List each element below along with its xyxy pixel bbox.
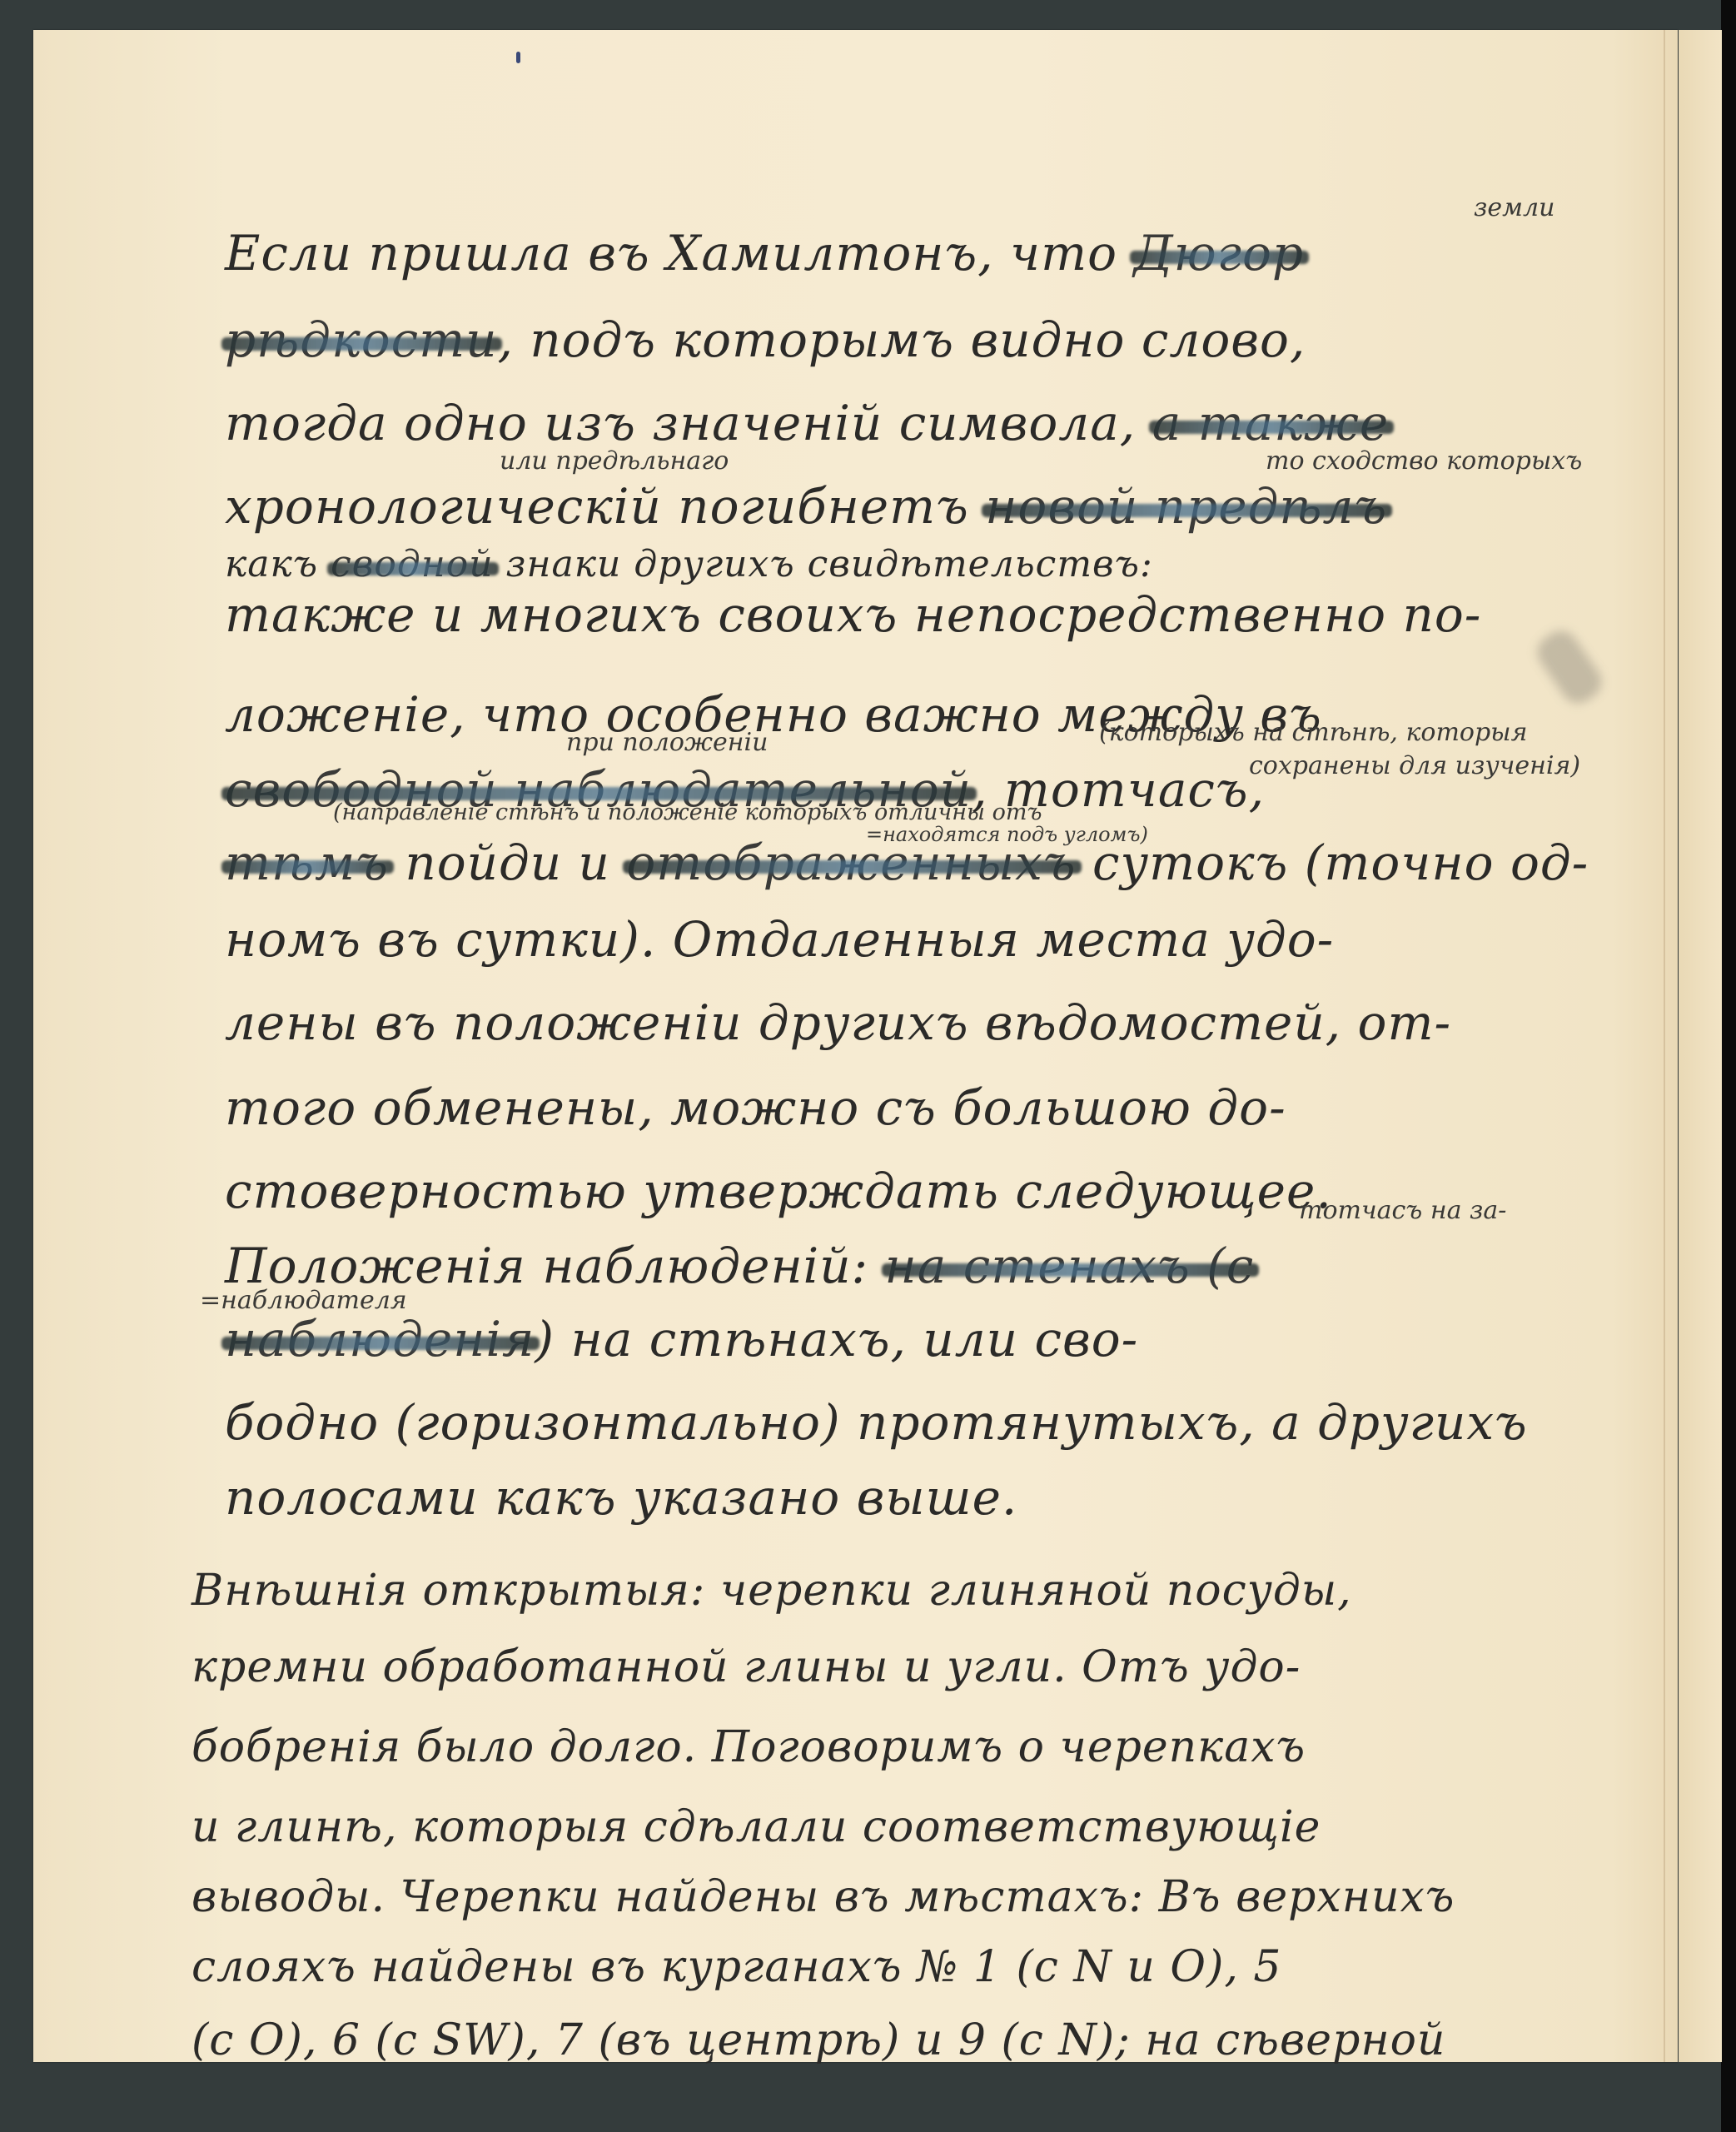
strikethrough: Дюгор [1133,227,1304,280]
text-line-19: кремни обработанной глины и угли. Отъ уд… [192,1641,1586,1694]
text-line-12: того обменены, можно съ большою до- [225,1081,1586,1134]
manuscript-page: Если пришла въ Хамилтонъ, что Дюгор земл… [33,30,1678,2062]
text-line-24: (с O), 6 (с SW), 7 (въ центрѣ) и 9 (с N)… [192,2014,1586,2067]
text-line-15: наблюденiя) на стѣнахъ, или сво- [225,1313,1586,1366]
text-line-14: Положенiя наблюденiй: на стенахъ (с [225,1239,1586,1293]
scanner-edge-strip [1721,0,1736,2132]
text-line-11: лены въ положенiи другихъ вѣдомостей, от… [225,996,1586,1049]
text-line-18: Внѣшнiя открытыя: черепки глиняной посуд… [192,1564,1586,1617]
insertion: тотчасъ на за- [1299,1196,1506,1225]
text-line-20: бобренiя было долго. Поговоримъ о черепк… [192,1721,1586,1774]
text-line-5: какъ сводной знаки другихъ свидѣтельствъ… [225,538,1586,591]
text-line-4: хронологическiй погибнетъ новой предѣлъ [225,480,1586,533]
insertion: или предѣльнаго [500,446,729,476]
strikethrough: наблюденiя [225,1313,535,1366]
adjacent-page-edge [1679,30,1722,2062]
strikethrough: рѣдкости [225,313,497,366]
strikethrough: на стенахъ (с [885,1239,1255,1293]
insertion: (которыхъ на стѣнѣ, которыя [1099,718,1527,747]
text-line-6: также и многихъ своихъ непосредственно п… [225,588,1586,641]
text-line-23: слояхъ найдены въ курганахъ № 1 (с N и O… [192,1940,1586,1994]
insertion: (направленiе стѣнъ и положенiе которыхъ … [333,799,1042,825]
text-line-9: тѣмъ пойди и отображенныхъ сутокъ (точно… [225,836,1586,889]
strikethrough: новой предѣлъ [985,480,1387,533]
strikethrough: сводной [331,538,493,591]
text-line-17: полосами какъ указано выше. [225,1471,1586,1524]
strikethrough: отображенныхъ [626,836,1076,889]
strikethrough: а также [1152,396,1389,450]
text-line-2: рѣдкости, подъ которымъ видно слово, [225,313,1586,366]
text-line-16: бодно (горизонтально) протянутыхъ, а дру… [225,1396,1586,1449]
strikethrough: тѣмъ [225,836,389,889]
ink-dot [516,52,520,63]
text-line-3: тогда одно изъ значенiй символа, а также [225,396,1586,450]
text-line-1: Если пришла въ Хамилтонъ, что Дюгор [225,227,1586,280]
text-line-22: выводы. Черепки найдены въ мѣстахъ: Въ в… [192,1870,1586,1924]
insertion: при положенiи [566,728,768,757]
insertion: земли [1474,193,1554,222]
insertion: то сходство которыхъ [1266,446,1582,476]
text-line-10: номъ въ сутки). Отдаленныя места удо- [225,913,1586,966]
text-line-21: и глинѣ, которыя сдѣлали соответствующiе [192,1801,1586,1854]
